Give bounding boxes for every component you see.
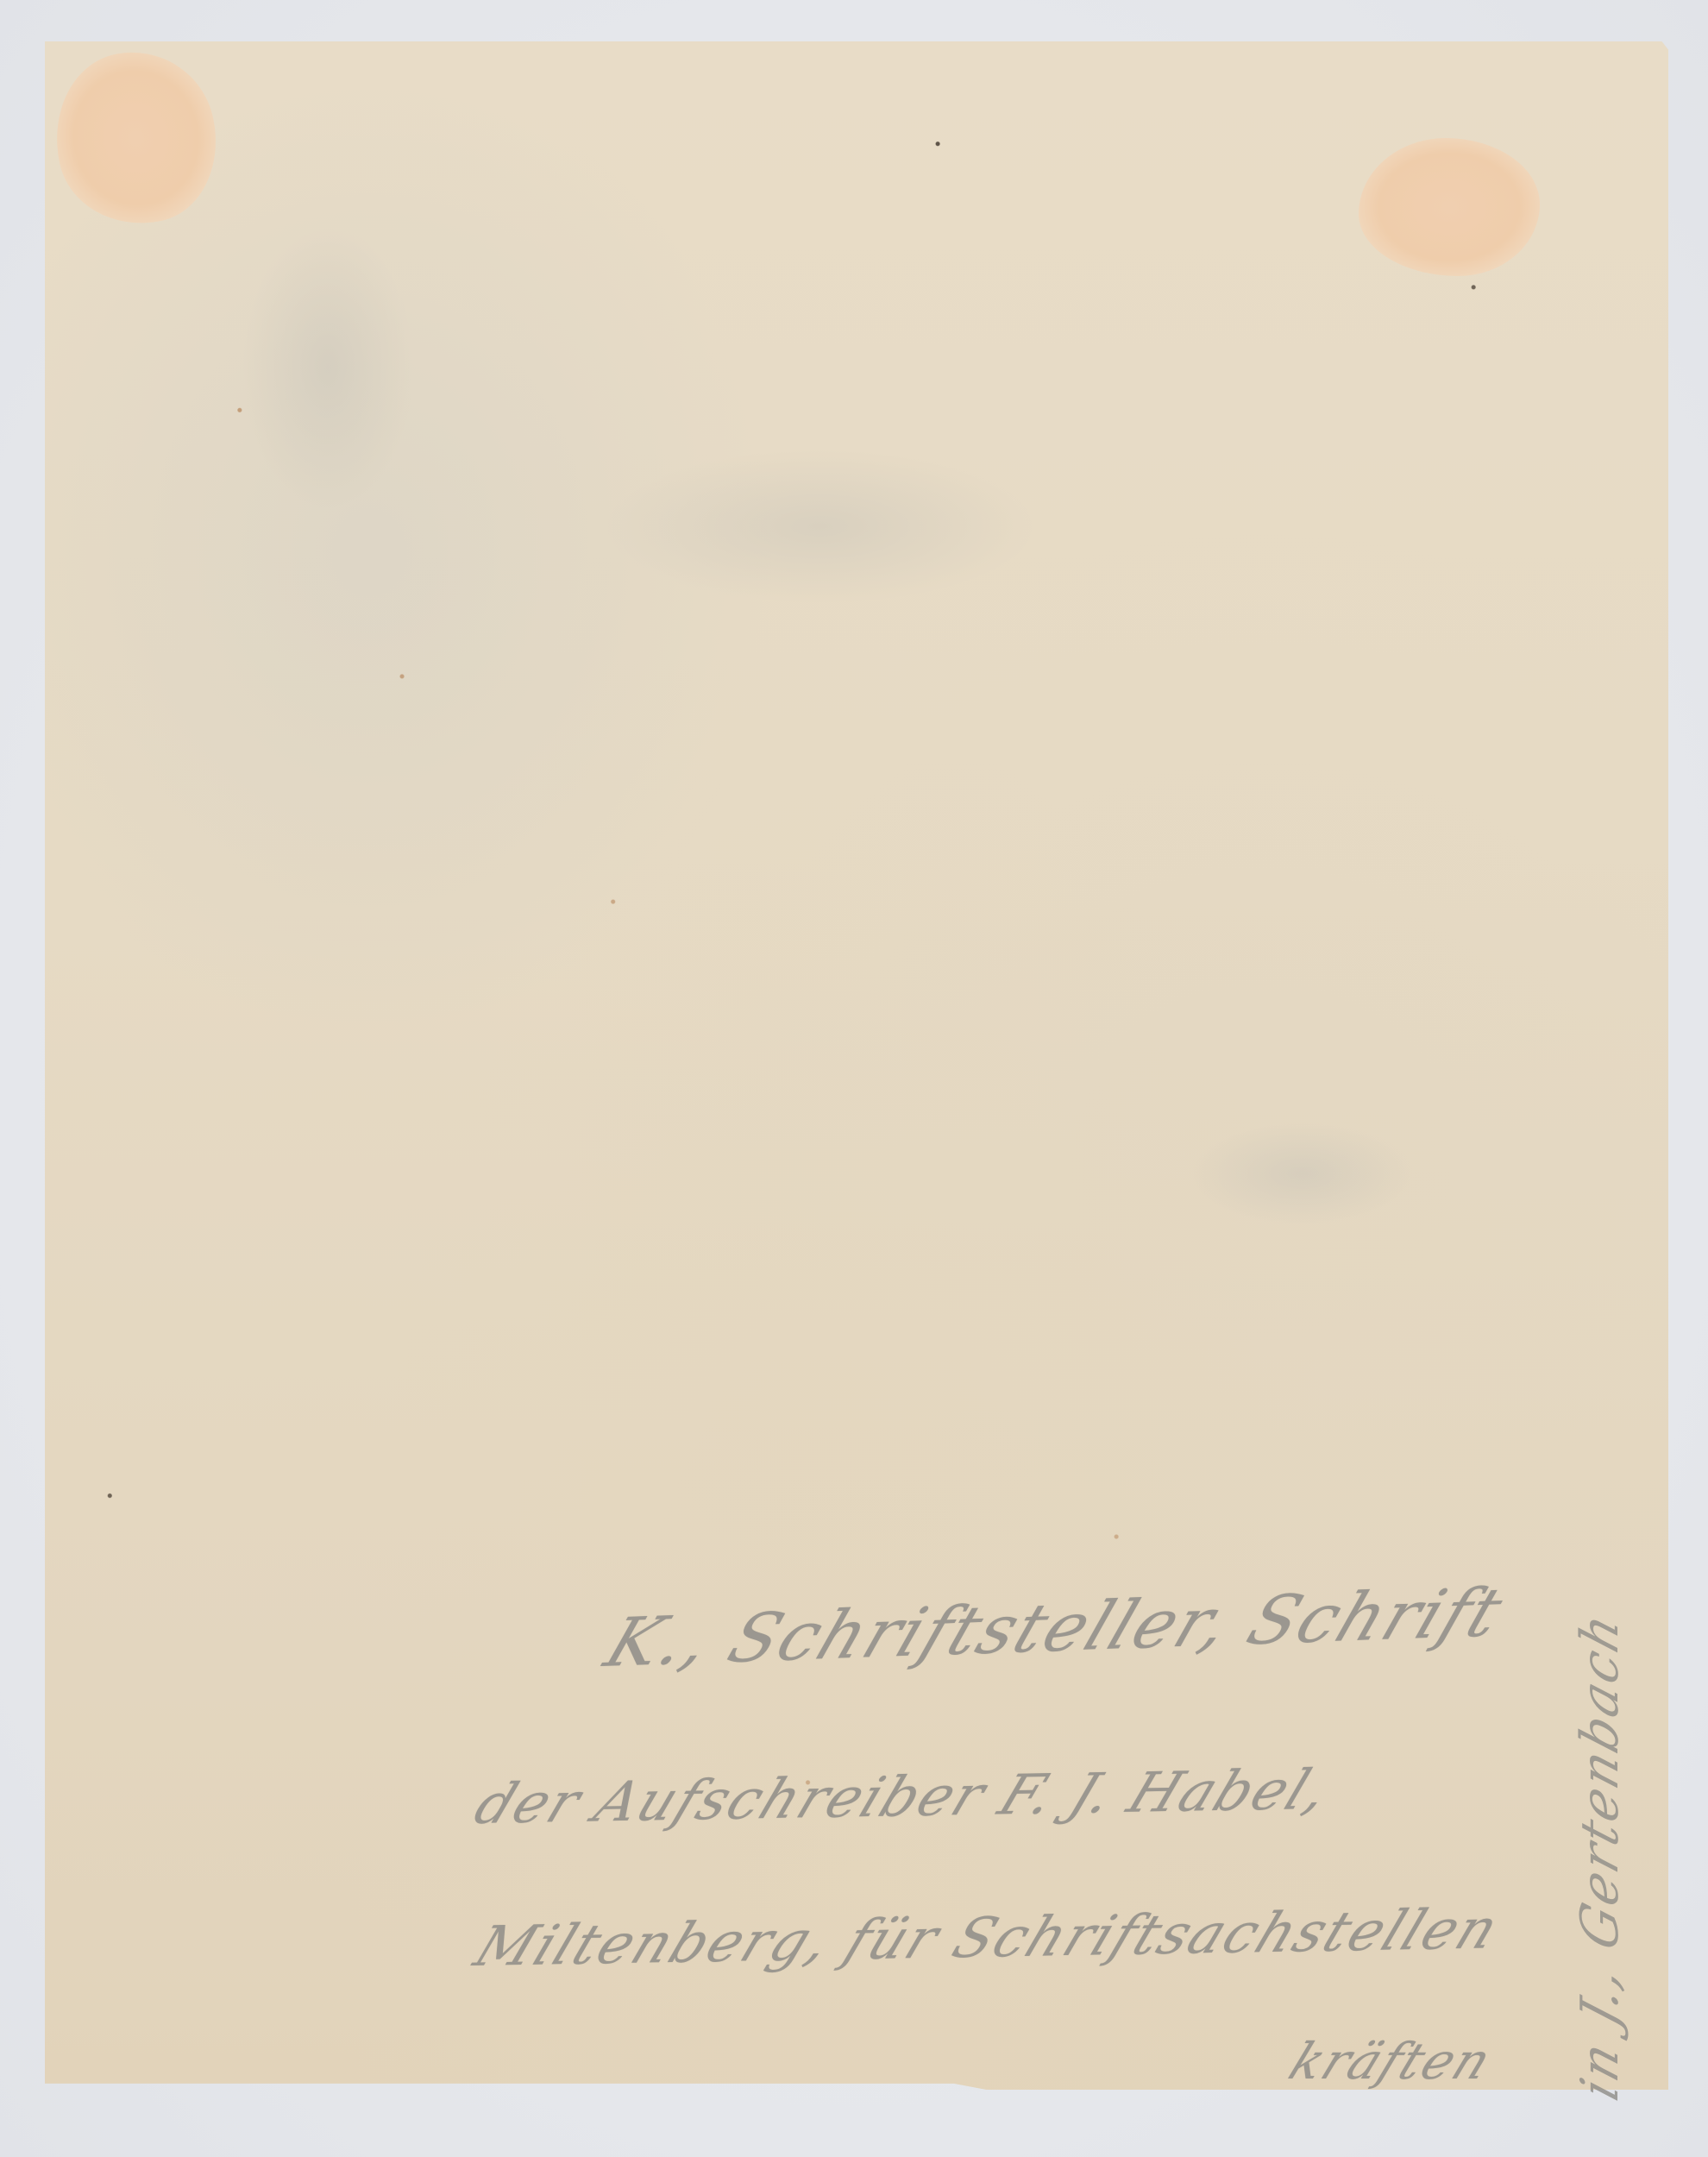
- faint-offset-mark: [1190, 1122, 1415, 1225]
- margin-inscription: in J., Gertenbach: [1570, 1604, 1630, 2108]
- inscription-line: kräften: [1281, 2032, 1501, 2091]
- faint-offset-mark: [604, 449, 1035, 604]
- faint-offset-mark: [242, 224, 414, 509]
- adhesive-stain-top-right: [1359, 138, 1540, 276]
